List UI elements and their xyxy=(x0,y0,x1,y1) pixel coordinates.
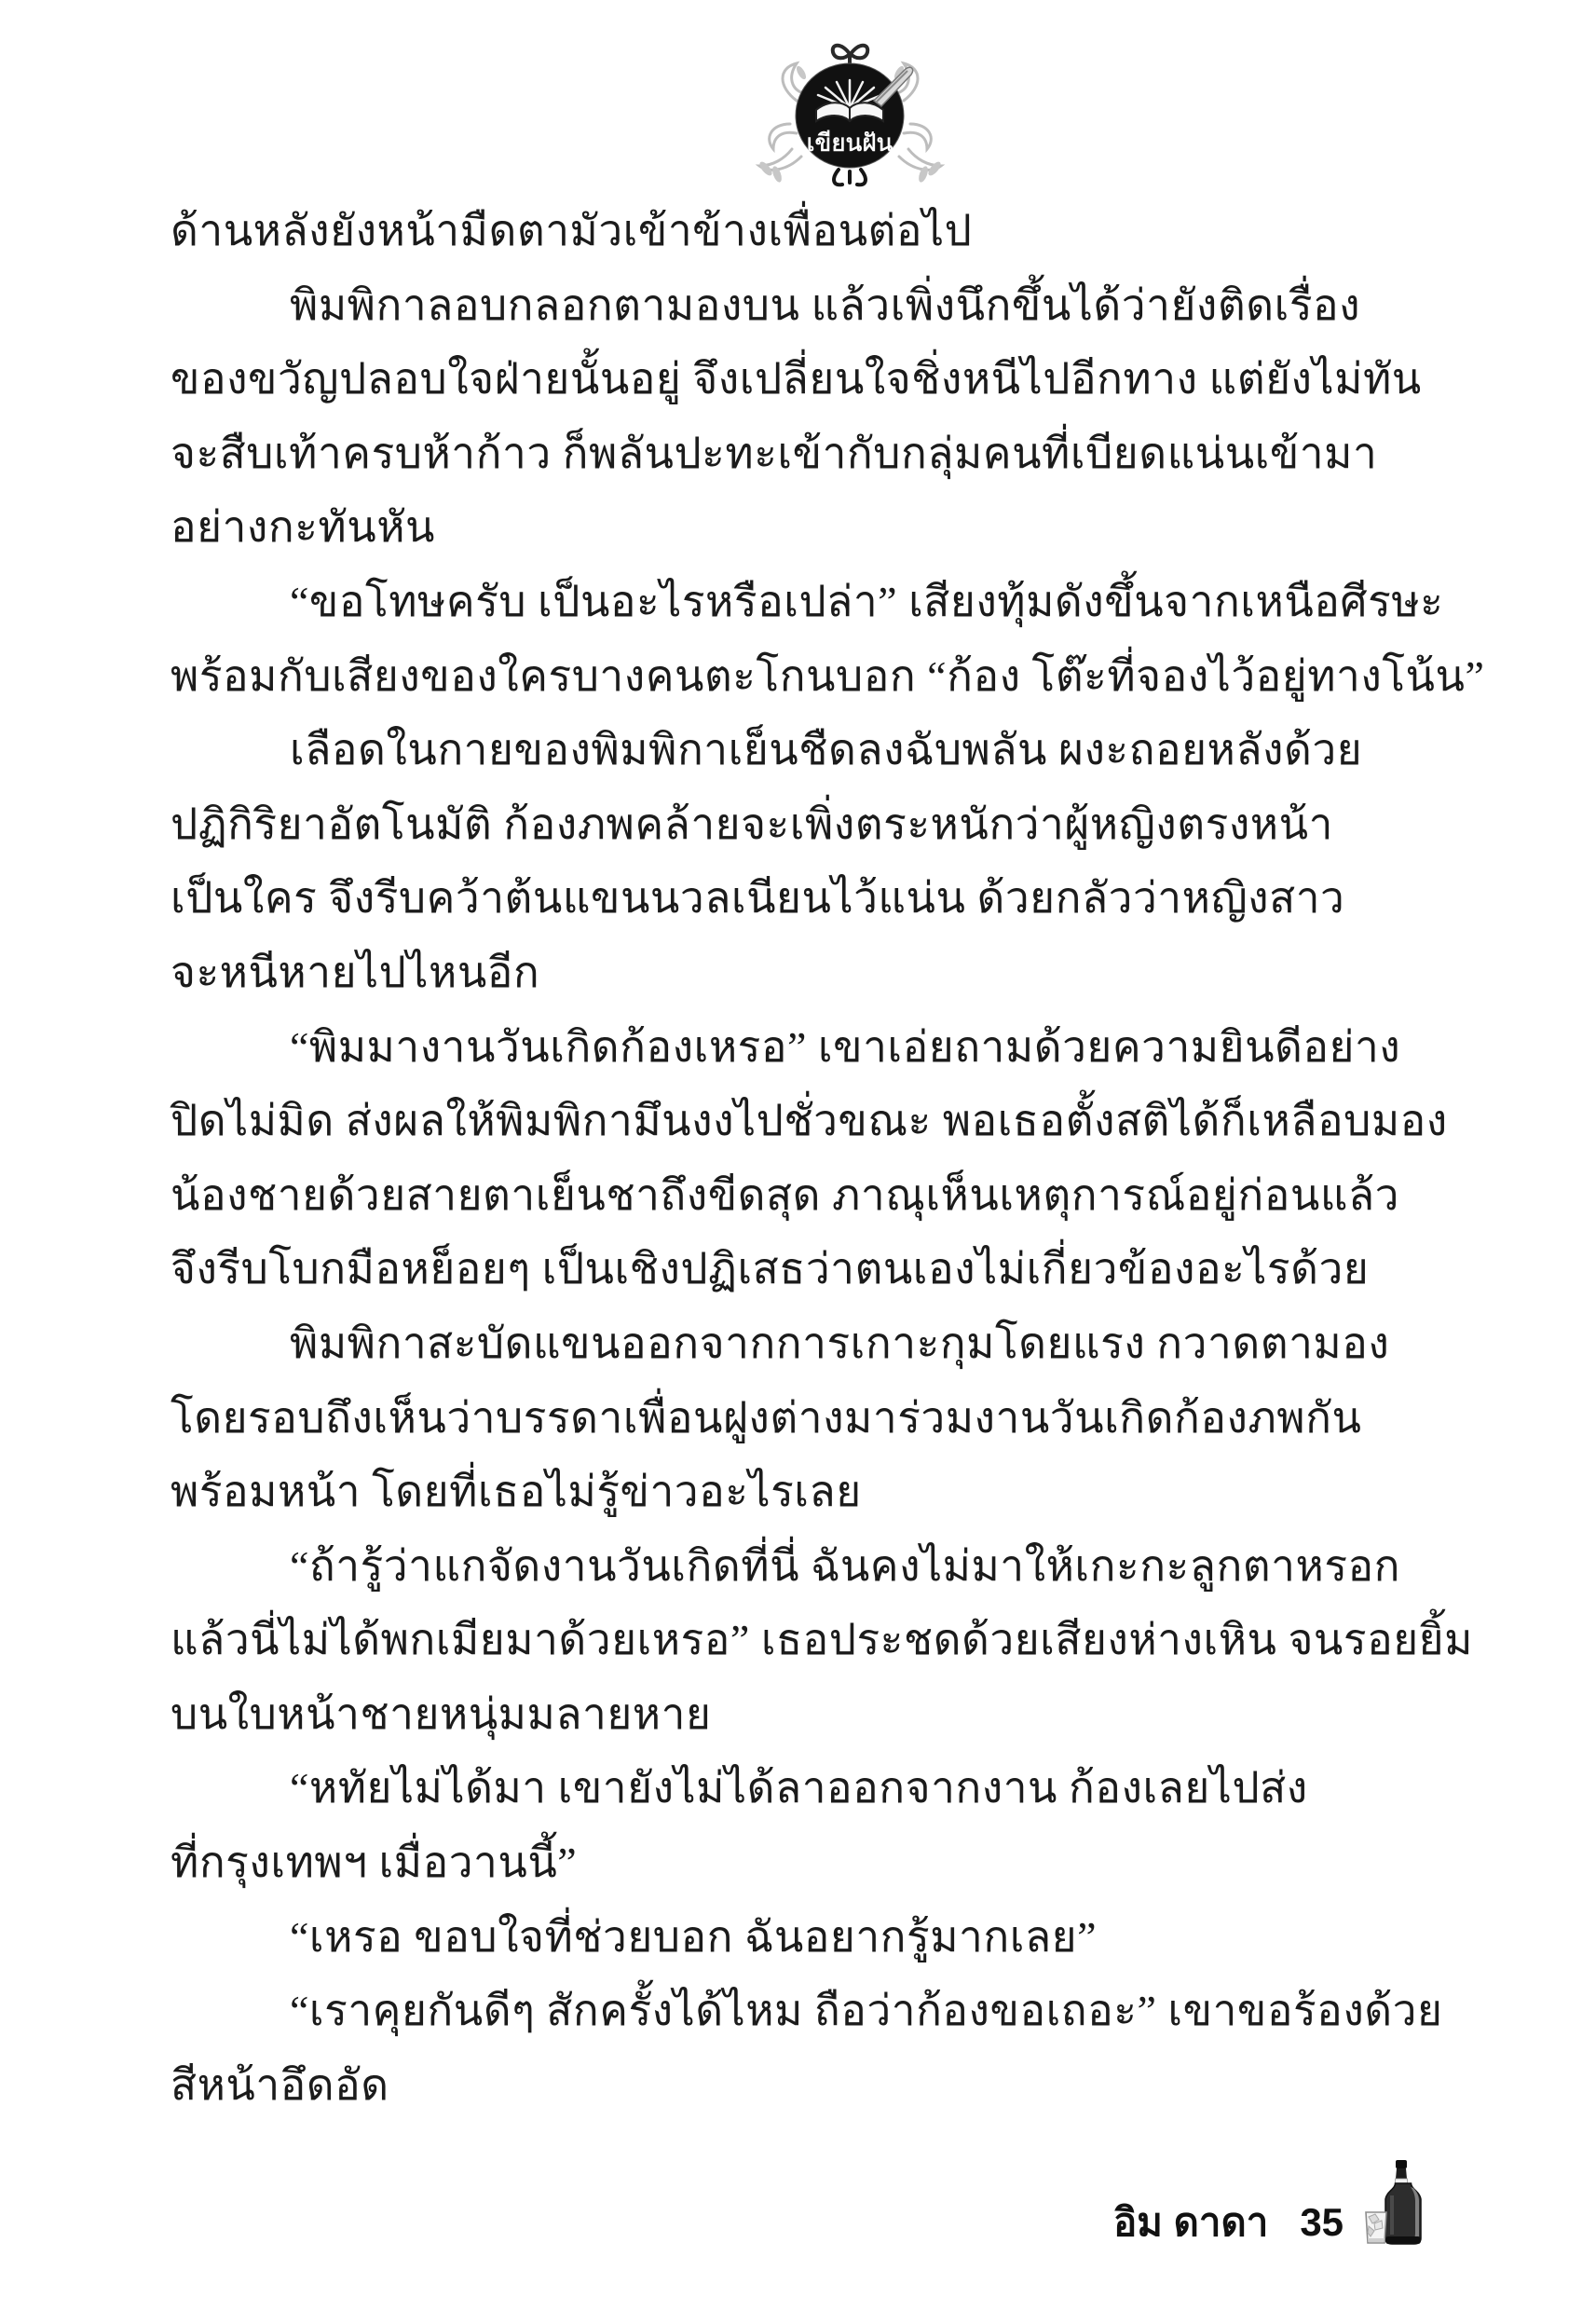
text-line: ปฏิกิริยาอัตโนมัติ ก้องภพคล้ายจะเพิ่งตระ… xyxy=(171,787,1438,862)
text-line: บนใบหน้าชายหนุ่มมลายหาย xyxy=(171,1677,1438,1752)
text-line: ของขวัญปลอบใจฝ่ายนั้นอยู่ จึงเปลี่ยนใจชิ… xyxy=(171,342,1438,417)
text-line: “พิมมางานวันเกิดก้องเหรอ” เขาเอ่ยถามด้วย… xyxy=(171,1010,1438,1085)
whiskey-bottle-and-glass-icon xyxy=(1362,2158,1425,2249)
text-line: พิมพิกาสะบัดแขนออกจากการเกาะกุมโดยแรง กว… xyxy=(171,1306,1438,1381)
text-block: ด้านหลังยังหน้ามืดตามัวเข้าข้างเพื่อนต่อ… xyxy=(171,194,1438,2122)
text-line: อย่างกะทันหัน xyxy=(171,490,1438,565)
text-line: เป็นใคร จึงรีบคว้าต้นแขนนวลเนียนไว้แน่น … xyxy=(171,861,1438,936)
text-line: “เหรอ ขอบใจที่ช่วยบอก ฉันอยากรู้มากเลย” xyxy=(171,1900,1438,1975)
text-line: สีหน้าอึดอัด xyxy=(171,2048,1438,2123)
text-line: พิมพิกาลอบกลอกตามองบน แล้วเพิ่งนึกขึ้นได… xyxy=(171,268,1438,343)
author-name: อิม ดาดา xyxy=(1113,2200,1268,2244)
text-line: เลือดในกายของพิมพิกาเย็นชืดลงฉับพลัน ผงะ… xyxy=(171,713,1438,787)
book-and-quill-emblem-icon: เขียนฝัน xyxy=(745,35,955,189)
text-line: จะสืบเท้าครบห้าก้าว ก็พลันปะทะเข้ากับกลุ… xyxy=(171,417,1438,491)
text-line: โดยรอบถึงเห็นว่าบรรดาเพื่อนฝูงต่างมาร่วม… xyxy=(171,1381,1438,1456)
emblem-text: เขียนฝัน xyxy=(807,130,893,157)
text-line: “ถ้ารู้ว่าแกจัดงานวันเกิดที่นี่ ฉันคงไม่… xyxy=(171,1529,1438,1604)
running-footer: อิม ดาดา35 xyxy=(1113,2192,1344,2253)
text-line: ด้านหลังยังหน้ามืดตามัวเข้าข้างเพื่อนต่อ… xyxy=(171,194,1438,268)
text-line: พร้อมกับเสียงของใครบางคนตะโกนบอก “ก้อง โ… xyxy=(171,639,1438,714)
publisher-emblem: เขียนฝัน xyxy=(745,35,955,189)
page-footer: อิม ดาดา35 xyxy=(0,2171,1596,2264)
text-line: จึงรีบโบกมือหย็อยๆ เป็นเชิงปฏิเสธว่าตนเอ… xyxy=(171,1232,1438,1306)
text-line: ที่กรุงเทพฯ เมื่อวานนี้” xyxy=(171,1826,1438,1900)
text-line: แล้วนี่ไม่ได้พกเมียมาด้วยเหรอ” เธอประชดด… xyxy=(171,1603,1438,1677)
text-line: จะหนีหายไปไหนอีก xyxy=(171,936,1438,1010)
text-line: “เราคุยกันดีๆ สักครั้งได้ไหม ถือว่าก้องข… xyxy=(171,1974,1438,2048)
text-line: “ขอโทษครับ เป็นอะไรหรือเปล่า” เสียงทุ้มด… xyxy=(171,565,1438,639)
text-line: น้องชายด้วยสายตาเย็นชาถึงขีดสุด ภาณุเห็น… xyxy=(171,1158,1438,1233)
text-line: พร้อมหน้า โดยที่เธอไม่รู้ข่าวอะไรเลย xyxy=(171,1455,1438,1529)
text-line: ปิดไม่มิด ส่งผลให้พิมพิกามึนงงไปชั่วขณะ … xyxy=(171,1084,1438,1158)
page-number: 35 xyxy=(1300,2200,1344,2244)
book-page: เขียนฝัน ด้านหลังยังหน้ามืดตามัวเข้าข้าง… xyxy=(0,0,1596,2311)
text-line: “หทัยไม่ได้มา เขายังไม่ได้ลาออกจากงาน ก้… xyxy=(171,1751,1438,1826)
